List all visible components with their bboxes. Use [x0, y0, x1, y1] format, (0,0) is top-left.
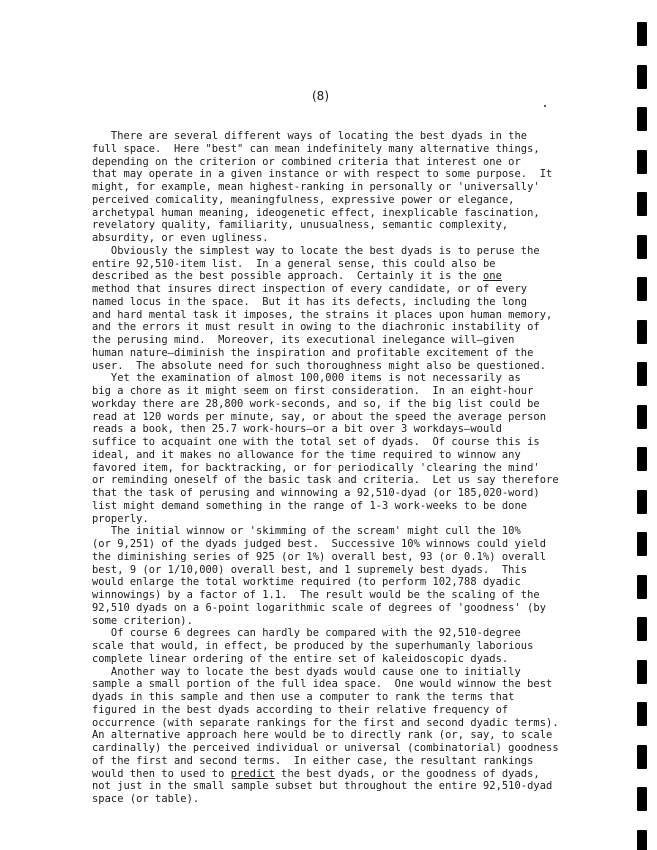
binding-mark — [637, 107, 647, 131]
binding-mark — [637, 830, 647, 850]
binding-mark — [637, 447, 647, 471]
text-line: (or 9,251) of the dyads judged best. Suc… — [92, 538, 612, 551]
text-line: read at 120 words per minute, say, or ab… — [92, 411, 612, 424]
binding-mark — [637, 405, 647, 429]
document-page: (8) There are several different ways of … — [0, 0, 657, 850]
text-line: suffice to acquaint one with the total s… — [92, 436, 612, 449]
text-line: some criterion). — [92, 615, 612, 628]
text-line: sample a small portion of the full idea … — [92, 678, 612, 691]
binding-mark — [637, 702, 647, 726]
text-line: not just in the small sample subset but … — [92, 780, 612, 793]
paragraph: Yet the examination of almost 100,000 it… — [92, 372, 612, 525]
text-line: user. The absolute need for such thoroug… — [92, 360, 612, 373]
underlined-word: predict — [231, 768, 275, 780]
text-line: archetypal human meaning, ideogenetic ef… — [92, 207, 612, 220]
binding-mark — [637, 235, 647, 259]
text-line: cardinally) the perceived individual or … — [92, 742, 612, 755]
text-line: would then to used to predict the best d… — [92, 768, 612, 781]
text-line: might, for example, mean highest-ranking… — [92, 181, 612, 194]
text-line: revelatory quality, familiarity, unusual… — [92, 219, 612, 232]
text-line: The initial winnow or 'skimming of the s… — [92, 525, 612, 538]
binding-mark — [637, 617, 647, 641]
underlined-word: one — [483, 270, 502, 282]
text-line: scale that would, in effect, be produced… — [92, 640, 612, 653]
paragraph: Of course 6 degrees can hardly be compar… — [92, 627, 612, 665]
text-line: properly. — [92, 513, 612, 526]
text-line: of the first and second terms. In either… — [92, 755, 612, 768]
text-line: figured in the best dyads according to t… — [92, 704, 612, 717]
text-line: full space. Here "best" can mean indefin… — [92, 143, 612, 156]
binding-mark — [637, 150, 647, 174]
binding-mark — [637, 575, 647, 599]
text-line: Of course 6 degrees can hardly be compar… — [92, 627, 612, 640]
text-line: or reminding oneself of the basic task a… — [92, 474, 612, 487]
text-line: the diminishing series of 925 (or 1%) ov… — [92, 551, 612, 564]
binding-mark — [637, 490, 647, 514]
text-line: favored item, for backtracking, or for p… — [92, 462, 612, 475]
text-line: winnowings) by a factor of 1.1. The resu… — [92, 589, 612, 602]
text-line: Obviously the simplest way to locate the… — [92, 245, 612, 258]
text-line: list might demand something in the range… — [92, 500, 612, 513]
binding-mark — [637, 362, 647, 386]
text-line: occurrence (with separate rankings for t… — [92, 717, 612, 730]
binding-mark — [637, 192, 647, 216]
binding-mark — [637, 320, 647, 344]
page-number: (8) — [312, 89, 329, 103]
binding-mark — [637, 660, 647, 684]
paragraph: Another way to locate the best dyads wou… — [92, 666, 612, 806]
text-line: human nature—diminish the inspiration an… — [92, 347, 612, 360]
paragraph: Obviously the simplest way to locate the… — [92, 245, 612, 373]
paragraph: There are several different ways of loca… — [92, 130, 612, 245]
text-line: Yet the examination of almost 100,000 it… — [92, 372, 612, 385]
text-line: space (or table). — [92, 793, 612, 806]
text-line: would enlarge the total worktime require… — [92, 576, 612, 589]
text-line: ideal, and it makes no allowance for the… — [92, 449, 612, 462]
text-line: and hard mental task it imposes, the str… — [92, 309, 612, 322]
binding-mark — [637, 787, 647, 811]
text-line: complete linear ordering of the entire s… — [92, 653, 612, 666]
text-line: dyads in this sample and then use a comp… — [92, 691, 612, 704]
binding-mark — [637, 277, 647, 301]
text-line: depending on the criterion or combined c… — [92, 156, 612, 169]
text-line: best, 9 (or 1/10,000) overall best, and … — [92, 564, 612, 577]
text-line: reads a book, then 25.7 work-hours—or a … — [92, 423, 612, 436]
text-line: big a chore as it might seem on first co… — [92, 385, 612, 398]
binding-mark — [637, 745, 647, 769]
text-line: 92,510 dyads on a 6-point logarithmic sc… — [92, 602, 612, 615]
body-text: There are several different ways of loca… — [92, 130, 612, 806]
text-line: described as the best possible approach.… — [92, 270, 612, 283]
text-line: the perusing mind. Moreover, its executi… — [92, 334, 612, 347]
text-line: that the task of perusing and winnowing … — [92, 487, 612, 500]
text-line: absurdity, or even ugliness. — [92, 232, 612, 245]
text-line: that may operate in a given instance or … — [92, 168, 612, 181]
text-line: Another way to locate the best dyads wou… — [92, 666, 612, 679]
text-line: entire 92,510-item list. In a general se… — [92, 258, 612, 271]
text-line: and the errors it must result in owing t… — [92, 321, 612, 334]
text-line: An alternative approach here would be to… — [92, 729, 612, 742]
binding-mark — [637, 65, 647, 89]
text-line: method that insures direct inspection of… — [92, 283, 612, 296]
binding-mark — [637, 22, 647, 46]
paragraph: The initial winnow or 'skimming of the s… — [92, 525, 612, 627]
binding-mark — [637, 532, 647, 556]
text-line: workday there are 28,800 work-seconds, a… — [92, 398, 612, 411]
stray-mark — [544, 105, 546, 107]
text-line: named locus in the space. But it has its… — [92, 296, 612, 309]
text-line: There are several different ways of loca… — [92, 130, 612, 143]
text-line: perceived comicality, meaningfulness, ex… — [92, 194, 612, 207]
